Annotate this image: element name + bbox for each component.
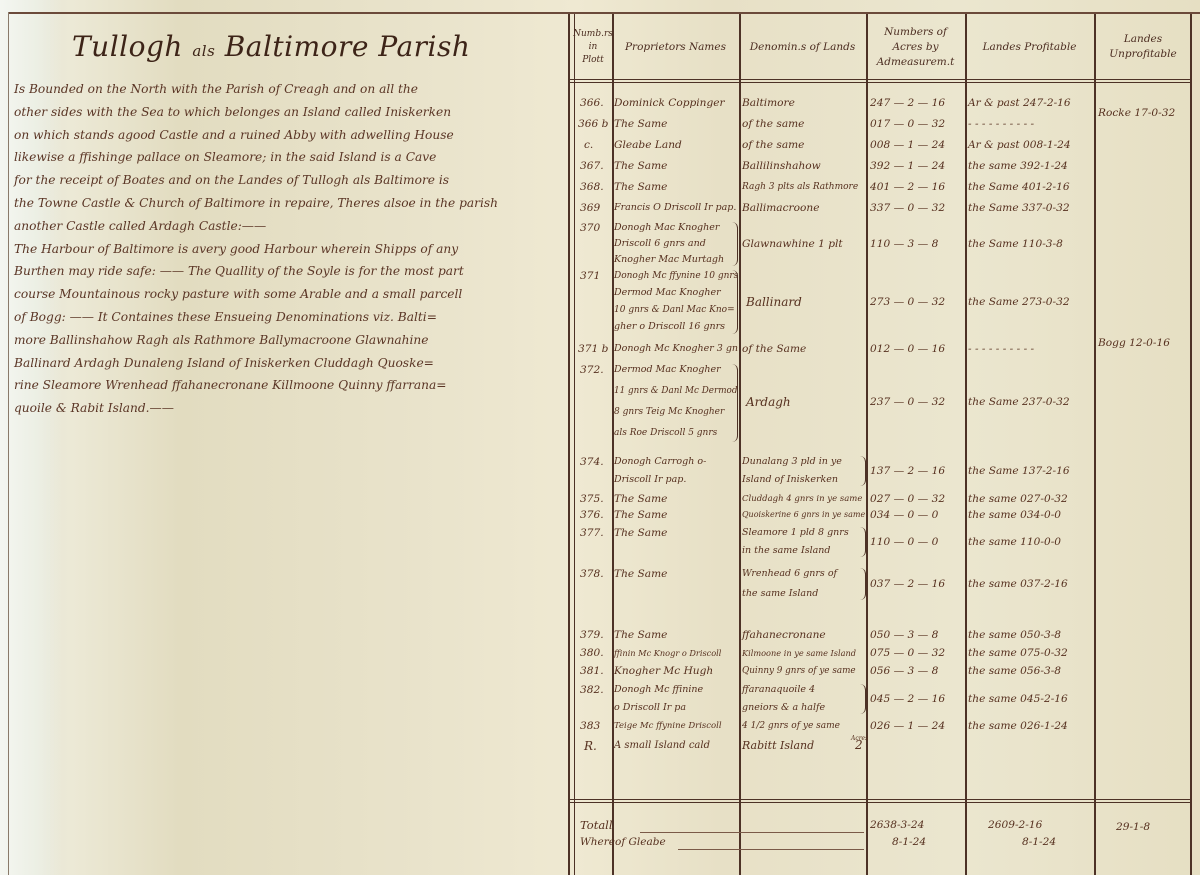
plot-number: 379. [580,628,604,642]
proprietor-name: Francis O Driscoll Ir pap. [614,201,736,215]
profitable: the Same 401-2-16 [968,180,1070,194]
description-line: rine Sleamore Wrenhead ffahanecronane Ki… [14,374,562,397]
proprietor-name: The Same [614,628,667,642]
description-line: likewise a ffishinge pallace on Sleamore… [14,146,562,169]
proprietor-name: Driscoll Ir pap. [614,473,686,487]
description-line: more Ballinshahow Ragh als Rathmore Ball… [14,329,562,352]
denomination: Ardagh [746,395,791,409]
acres: 050 — 3 — 8 [870,628,938,642]
denomination: Baltimore [742,96,795,110]
denomination: of the same [742,117,804,131]
profitable: the same 037-2-16 [968,577,1068,591]
proprietor-name: The Same [614,508,667,522]
acres: 110 — 0 — 0 [870,535,938,549]
acres: 056 — 3 — 8 [870,664,938,678]
description-line: quoile & Rabit Island.—— [14,397,562,420]
denomination: Quinny 9 gnrs of ye same [742,664,856,678]
denomination: Wrenhead 6 gnrs of [742,567,837,581]
column-rule [1094,14,1096,875]
acres: 247 — 2 — 16 [870,96,945,110]
brace [732,270,738,334]
denomination: ffahanecronane [742,628,826,642]
denomination: Dunalang 3 pld in ye [742,455,842,469]
profitable: the same 392-1-24 [968,159,1068,173]
denomination: Glawnawhine 1 plt [742,237,843,251]
gleabe-acres: 8-1-24 [892,835,926,849]
dash-leader [640,822,864,836]
description-line: other sides with the Sea to which belong… [14,101,562,124]
description-line: of Bogg: —— It Containes these Ensueing … [14,306,562,329]
proprietor-name: 11 gnrs & Danl Mc Dermod [614,384,737,398]
proprietor-name: The Same [614,159,667,173]
proprietor-name: The Same [614,492,667,506]
profitable: the same 027-0-32 [968,492,1068,506]
profitable: Ar & past 008-1-24 [968,138,1071,152]
profitable: the Same 110-3-8 [968,237,1063,251]
total-profitable: 2609-2-16 [988,818,1042,832]
brace [860,456,866,486]
plot-number: 371 b [578,342,608,356]
acres: 392 — 1 — 24 [870,159,945,173]
plot-number: 376. [580,508,604,522]
plot-number: 366. [580,96,604,110]
denomination: Cluddagh 4 gnrs in ye same [742,492,862,506]
plot-number: 371 [580,269,600,283]
proprietor-name: Teige Mc ffynine Driscoll [614,719,722,733]
gleabe-profitable: 8-1-24 [1022,835,1056,849]
plot-number: 382. [580,683,604,697]
proprietor-name: Dominick Coppinger [614,96,725,110]
proprietor-name: ffinin Mc Knogr o Driscoll [614,646,721,660]
denomination: in the same Island [742,544,830,558]
acres: 273 — 0 — 32 [870,295,945,309]
proprietor-name: Donogh Mc ffinine [614,683,703,697]
proprietor-name: A small Island cald [614,739,710,753]
profitable: the Same 137-2-16 [968,464,1070,478]
proprietor-name: Knogher Mac Murtagh [614,253,724,267]
denomination: Ballinard [746,295,802,309]
denomination: Ballimacroone [742,201,819,215]
denomination: Island of Iniskerken [742,473,838,487]
plot-number: R. [584,739,597,753]
proprietor-name: Gleabe Land [614,138,682,152]
proprietor-name: Donogh Carrogh o- [614,455,706,469]
proprietor-name: 10 gnrs & Danl Mac Kno= [614,303,735,317]
totals-rule [570,799,1190,803]
header-profitable: Landes Profitable [965,14,1094,80]
proprietor-name: als Roe Driscoll 5 gnrs [614,426,717,440]
brace [860,568,866,600]
plot-number: 368. [580,180,604,194]
plot-number: 378. [580,567,604,581]
denomination: Quoiskerine 6 gnrs in ye same [742,508,865,522]
profitable: the same 026-1-24 [968,719,1068,733]
denomination: gneiors & a halfe [742,701,825,715]
dash-leader [678,839,864,853]
acres: 008 — 1 — 24 [870,138,945,152]
description-line: on which stands agood Castle and a ruine… [14,124,562,147]
total-unprofitable: 29-1-8 [1116,820,1150,834]
title-als: als [192,42,215,60]
brace [732,222,738,266]
acres: 037 — 2 — 16 [870,577,945,591]
title-parish-name: Tullogh [72,30,183,63]
plot-number: 381. [580,664,604,678]
gleabe-label: Whereof Gleabe [580,835,666,849]
denomination: Kilmoone in ye same Island [742,646,856,660]
table-inner-rule [574,14,575,875]
acres: 026 — 1 — 24 [870,719,945,733]
brace [860,684,866,714]
profitable: Ar & past 247-2-16 [968,96,1071,110]
header-plot-number: Numb.rs in Plott [574,14,612,80]
profitable: the Same 237-0-32 [968,395,1070,409]
profitable: the Same 337-0-32 [968,201,1070,215]
description-line: the Towne Castle & Church of Baltimore i… [14,192,562,215]
proprietor-name: Dermod Mac Knogher [614,286,721,300]
header-acres: Numbers of Acres by Admeasurem.t [866,14,965,80]
land-table: Numb.rs in Plott Proprietors Names Denom… [568,14,1192,875]
denomination: 4 1/2 gnrs of ye same [742,719,840,733]
unprofitable: Rocke 17-0-32 [1098,106,1175,120]
acres: 012 — 0 — 16 [870,342,945,356]
column-rule [739,14,741,875]
acres: 075 — 0 — 32 [870,646,945,660]
proprietor-name: Donogh Mc Knogher 3 gn [614,342,738,356]
profitable: - - - - - - - - - - [968,117,1034,131]
unprofitable: Bogg 12-0-16 [1098,336,1170,350]
total-label: Totall [580,818,613,832]
profitable: the same 050-3-8 [968,628,1061,642]
profitable: the same 034-0-0 [968,508,1061,522]
proprietor-name: The Same [614,567,667,581]
brace [732,364,738,442]
description-line: Is Bounded on the North with the Parish … [14,78,562,101]
plot-number: 375. [580,492,604,506]
denomination: of the same [742,138,804,152]
denomination: Ragh 3 plts als Rathmore [742,180,858,194]
denomination: ffaranaquoile 4 [742,683,815,697]
profitable: the same 110-0-0 [968,535,1061,549]
acres: 137 — 2 — 16 [870,464,945,478]
proprietor-name: The Same [614,526,667,540]
proprietor-name: The Same [614,117,667,131]
profitable: - - - - - - - - - - [968,342,1034,356]
description-line: The Harbour of Baltimore is avery good H… [14,238,562,261]
profitable: the same 056-3-8 [968,664,1061,678]
acres: 401 — 2 — 16 [870,180,945,194]
plot-number: 377. [580,526,604,540]
profitable: the same 075-0-32 [968,646,1068,660]
acres: 2 [855,738,863,752]
description-line: course Mountainous rocky pasture with so… [14,283,562,306]
brace [860,527,866,557]
plot-number: 383 [580,719,600,733]
acres: 337 — 0 — 32 [870,201,945,215]
denomination: of the Same [742,342,806,356]
header-denominations: Denomin.s of Lands [739,14,866,80]
proprietor-name: The Same [614,180,667,194]
description-line: another Castle called Ardagh Castle:—— [14,215,562,238]
plot-number: 366 b [578,117,608,131]
page-title: Tullogh als Baltimore Parish [72,30,470,63]
total-acres: 2638-3-24 [870,818,924,832]
proprietor-name: 8 gnrs Teig Mc Knogher [614,405,724,419]
acres: 017 — 0 — 32 [870,117,945,131]
title-rest: Baltimore Parish [225,30,471,63]
plot-number: 372. [580,363,604,377]
acres: 027 — 0 — 32 [870,492,945,506]
acres: 034 — 0 — 0 [870,508,938,522]
header-proprietors: Proprietors Names [612,14,739,80]
description-line: Ballinard Ardagh Dunaleng Island of Inis… [14,352,562,375]
proprietor-name: Donogh Mc ffynine 10 gnrs [614,269,738,283]
plot-number: 374. [580,455,604,469]
proprietor-name: gher o Driscoll 16 gnrs [614,320,725,334]
acres: 110 — 3 — 8 [870,237,938,251]
proprietor-name: Donogh Mac Knogher [614,221,719,235]
denomination: Rabitt Island [742,739,814,753]
column-rule [965,14,967,875]
acres: 045 — 2 — 16 [870,692,945,706]
parish-description: Is Bounded on the North with the Parish … [14,78,562,420]
description-line: for the receipt of Boates and on the Lan… [14,169,562,192]
header-unprofitable: Landes Unprofitable [1094,14,1192,80]
plot-number: 370 [580,221,600,235]
acres: 237 — 0 — 32 [870,395,945,409]
profitable: the same 045-2-16 [968,692,1068,706]
description-line: Burthen may ride safe: —— The Quallity o… [14,260,562,283]
proprietor-name: Knogher Mc Hugh [614,664,713,678]
proprietor-name: Dermod Mac Knogher [614,363,721,377]
denomination: Ballilinshahow [742,159,821,173]
proprietor-name: o Driscoll Ir pa [614,701,686,715]
denomination: the same Island [742,587,818,601]
frame-left-rule [8,12,9,875]
proprietor-name: Driscoll 6 gnrs and [614,237,706,251]
plot-number: 367. [580,159,604,173]
plot-number: 380. [580,646,604,660]
denomination: Sleamore 1 pld 8 gnrs [742,526,849,540]
plot-number: 369 [580,201,600,215]
plot-number: c. [584,138,593,152]
profitable: the Same 273-0-32 [968,295,1070,309]
